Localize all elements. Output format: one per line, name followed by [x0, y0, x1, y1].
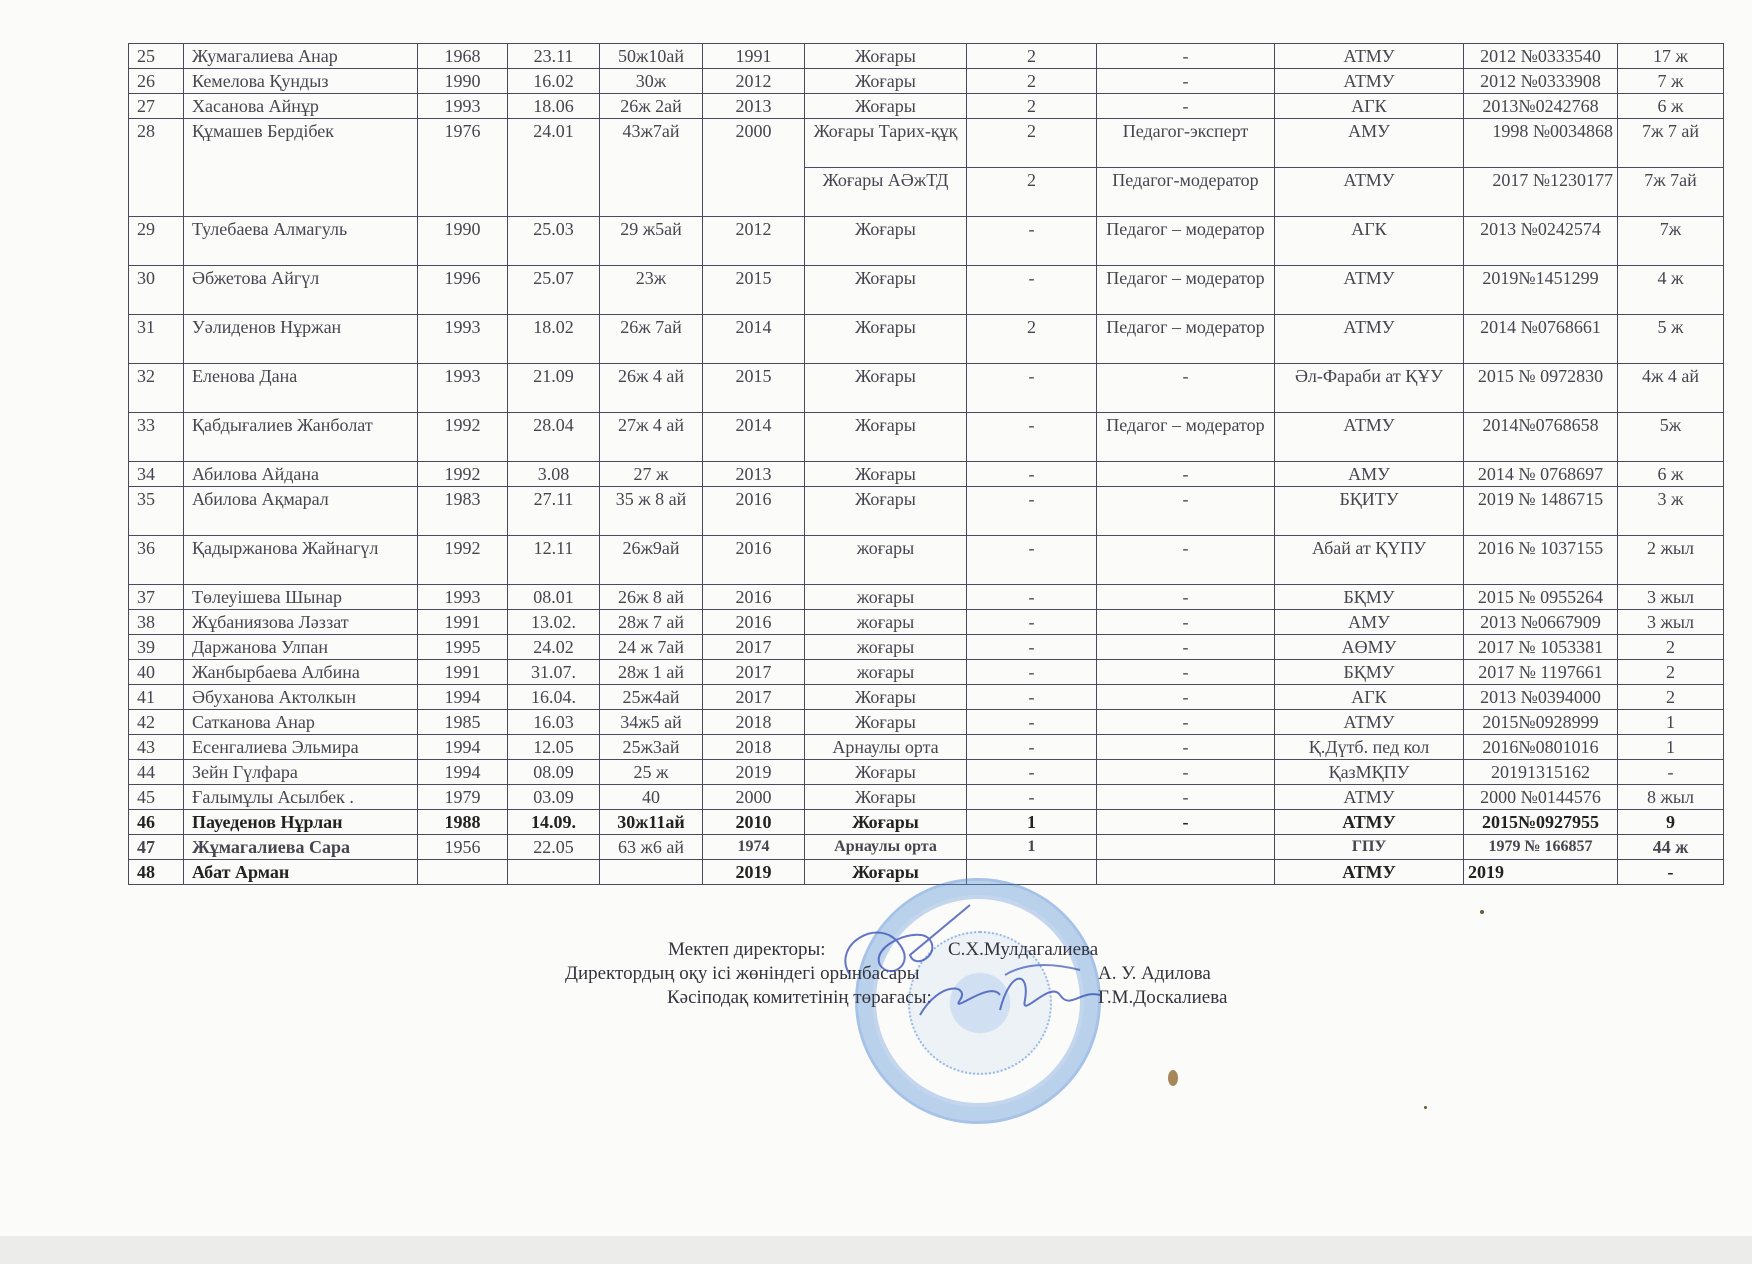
staff-name: Қадыржанова Жайнагүл: [184, 536, 418, 585]
graduation-year: 2014: [703, 413, 805, 462]
staff-name: Кемелова Қундыз: [184, 69, 418, 94]
birth-year: 1993: [418, 315, 508, 364]
table-row: 36Қадыржанова Жайнагүл199212.1126ж9ай201…: [129, 536, 1724, 585]
category: -: [967, 487, 1097, 536]
scan-speck: [1424, 1106, 1427, 1109]
education: жоғары: [805, 610, 967, 635]
graduation-year: 2019: [703, 860, 805, 885]
diploma-number: 2015№0928999: [1464, 710, 1618, 735]
qualification: -: [1097, 810, 1275, 835]
row-number: 43: [129, 735, 184, 760]
staff-name: Жұбаниязова Ләззат: [184, 610, 418, 635]
institution: АГК: [1275, 685, 1464, 710]
category: -: [967, 760, 1097, 785]
education: Жоғары: [805, 315, 967, 364]
birth-year: 1983: [418, 487, 508, 536]
birth-year: 1996: [418, 266, 508, 315]
staff-name: Тулебаева Алмагуль: [184, 217, 418, 266]
category: -: [967, 462, 1097, 487]
staff-name: Абилова Айдана: [184, 462, 418, 487]
birth-date: 16.03: [508, 710, 600, 735]
institution: Әл-Фараби ат ҚҰУ: [1275, 364, 1464, 413]
birth-year: 1968: [418, 44, 508, 69]
diploma-number: 2015 № 0955264: [1464, 585, 1618, 610]
education: Жоғары: [805, 710, 967, 735]
institution: АГК: [1275, 94, 1464, 119]
birth-date: 16.04.: [508, 685, 600, 710]
education: Жоғары: [805, 69, 967, 94]
diploma-number: 2014№0768658: [1464, 413, 1618, 462]
birth-year: 1985: [418, 710, 508, 735]
qualification: Педагог-модератор: [1097, 168, 1275, 217]
graduation-year: 2017: [703, 635, 805, 660]
row-number: 38: [129, 610, 184, 635]
birth-year: 1992: [418, 536, 508, 585]
graduation-year: 2012: [703, 69, 805, 94]
qualification: -: [1097, 536, 1275, 585]
age: 40: [600, 785, 703, 810]
graduation-year: 1974: [703, 835, 805, 860]
institution: АТМУ: [1275, 710, 1464, 735]
birth-date: 16.02: [508, 69, 600, 94]
scan-margin: [0, 1236, 1752, 1264]
director-label: Мектеп директоры:: [668, 938, 826, 962]
graduation-year: 2000: [703, 785, 805, 810]
birth-date: 24.01: [508, 119, 600, 217]
birth-date: 14.09.: [508, 810, 600, 835]
category: -: [967, 364, 1097, 413]
table-row: 43Есенгалиева Эльмира199412.0525ж3ай2018…: [129, 735, 1724, 760]
category: -: [967, 785, 1097, 810]
birth-year: 1993: [418, 94, 508, 119]
age: 25ж3ай: [600, 735, 703, 760]
graduation-year: 2018: [703, 735, 805, 760]
table-row: 38 Жұбаниязова Ләззат199113.02.28ж 7 ай2…: [129, 610, 1724, 635]
staff-name: Даржанова Улпан: [184, 635, 418, 660]
institution: АТМУ: [1275, 69, 1464, 94]
birth-date: 28.04: [508, 413, 600, 462]
work-experience: 6 ж: [1618, 462, 1724, 487]
table-row: 27Хасанова Айнұр199318.0626ж 2ай2013Жоға…: [129, 94, 1724, 119]
work-experience: 44 ж: [1618, 835, 1724, 860]
age: 27ж 4 ай: [600, 413, 703, 462]
row-number: 34: [129, 462, 184, 487]
work-experience: 7 ж: [1618, 69, 1724, 94]
diploma-number: 2012 №0333540: [1464, 44, 1618, 69]
category: 2: [967, 44, 1097, 69]
institution: Абай ат ҚҮПУ: [1275, 536, 1464, 585]
birth-year: 1979: [418, 785, 508, 810]
education: жоғары: [805, 635, 967, 660]
education: Жоғары: [805, 266, 967, 315]
table-row: 30Әбжетова Айгүл199625.0723ж2015Жоғары-П…: [129, 266, 1724, 315]
education: Арнаулы орта: [805, 835, 967, 860]
birth-year: 1976: [418, 119, 508, 217]
birth-date: 25.07: [508, 266, 600, 315]
qualification: -: [1097, 610, 1275, 635]
row-number: 25: [129, 44, 184, 69]
birth-year: 1992: [418, 462, 508, 487]
graduation-year: 2000: [703, 119, 805, 217]
graduation-year: 2013: [703, 462, 805, 487]
table-row: 32Еленова Дана199321.0926ж 4 ай2015Жоғар…: [129, 364, 1724, 413]
union-name: Г.М.Доскалиева: [1098, 986, 1227, 1010]
age: 28ж 7 ай: [600, 610, 703, 635]
birth-year: 1993: [418, 585, 508, 610]
row-number: 28: [129, 119, 184, 217]
age: 43ж7ай: [600, 119, 703, 217]
scan-speck: [1168, 1070, 1178, 1086]
row-number: 35: [129, 487, 184, 536]
qualification: -: [1097, 735, 1275, 760]
graduation-year: 2015: [703, 266, 805, 315]
education: Арнаулы орта: [805, 735, 967, 760]
staff-name: Әбуханова Актолкын: [184, 685, 418, 710]
age: 50ж10ай: [600, 44, 703, 69]
graduation-year: 2018: [703, 710, 805, 735]
staff-name: Төлеуішева Шынар: [184, 585, 418, 610]
staff-name: Құмашев Бердібек: [184, 119, 418, 217]
row-number: 30: [129, 266, 184, 315]
institution: АМУ: [1275, 119, 1464, 168]
work-experience: 1: [1618, 710, 1724, 735]
education: Жоғары: [805, 94, 967, 119]
birth-date: 31.07.: [508, 660, 600, 685]
work-experience: 2: [1618, 685, 1724, 710]
row-number: 41: [129, 685, 184, 710]
row-number: 46: [129, 810, 184, 835]
diploma-number: 20191315162: [1464, 760, 1618, 785]
institution: Қ.Дүтб. пед кол: [1275, 735, 1464, 760]
union-label: Кәсіподақ комитетінің төрағасы:: [667, 986, 932, 1010]
graduation-year: 2014: [703, 315, 805, 364]
qualification: -: [1097, 69, 1275, 94]
table-row: 41Әбуханова Актолкын199416.04.25ж4ай2017…: [129, 685, 1724, 710]
work-experience: 2: [1618, 635, 1724, 660]
birth-year: 1993: [418, 364, 508, 413]
graduation-year: 2017: [703, 660, 805, 685]
age: 34ж5 ай: [600, 710, 703, 735]
table-row: 39Даржанова Улпан199524.0224 ж 7ай2017жо…: [129, 635, 1724, 660]
work-experience: -: [1618, 760, 1724, 785]
birth-date: 12.11: [508, 536, 600, 585]
age: 25 ж: [600, 760, 703, 785]
qualification: Педагог – модератор: [1097, 266, 1275, 315]
education: Жоғары Тарих-құқ: [805, 119, 967, 168]
row-number: 32: [129, 364, 184, 413]
work-experience: 7ж 7ай: [1618, 168, 1724, 217]
work-experience: 7ж 7 ай: [1618, 119, 1724, 168]
work-experience: 7ж: [1618, 217, 1724, 266]
category: 2: [967, 94, 1097, 119]
staff-name: Ғалымұлы Асылбек .: [184, 785, 418, 810]
category: -: [967, 635, 1097, 660]
birth-year: 1994: [418, 735, 508, 760]
institution: БҚМУ: [1275, 660, 1464, 685]
birth-year: 1988: [418, 810, 508, 835]
staff-name: Хасанова Айнұр: [184, 94, 418, 119]
birth-date: 27.11: [508, 487, 600, 536]
birth-year: 1956: [418, 835, 508, 860]
diploma-number: 2017 №1230177: [1464, 168, 1618, 217]
row-number: 33: [129, 413, 184, 462]
category: 2: [967, 315, 1097, 364]
qualification: -: [1097, 635, 1275, 660]
table-row: 35Абилова Ақмарал198327.1135 ж 8 ай2016Ж…: [129, 487, 1724, 536]
qualification: Педагог – модератор: [1097, 413, 1275, 462]
education: Жоғары: [805, 217, 967, 266]
diploma-number: 1998 №0034868: [1464, 119, 1618, 168]
table-row: 48Абат Арман2019ЖоғарыАТМУ2019-: [129, 860, 1724, 885]
graduation-year: 2013: [703, 94, 805, 119]
institution: АТМУ: [1275, 413, 1464, 462]
row-number: 47: [129, 835, 184, 860]
graduation-year: 1991: [703, 44, 805, 69]
row-number: 40: [129, 660, 184, 685]
birth-date: 03.09: [508, 785, 600, 810]
institution: АТМУ: [1275, 810, 1464, 835]
graduation-year: 2016: [703, 487, 805, 536]
qualification: -: [1097, 760, 1275, 785]
diploma-number: 2013№0242768: [1464, 94, 1618, 119]
staff-name: Жумагалиева Анар: [184, 44, 418, 69]
work-experience: 9: [1618, 810, 1724, 835]
education: Жоғары: [805, 487, 967, 536]
birth-date: 24.02: [508, 635, 600, 660]
diploma-number: 2019№1451299: [1464, 266, 1618, 315]
education: жоғары: [805, 536, 967, 585]
age: [600, 860, 703, 885]
education: Жоғары: [805, 44, 967, 69]
work-experience: -: [1618, 860, 1724, 885]
institution: АГК: [1275, 217, 1464, 266]
birth-date: 12.05: [508, 735, 600, 760]
table-row: 40Жанбырбаева Албина199131.07.28ж 1 ай20…: [129, 660, 1724, 685]
birth-date: 08.09: [508, 760, 600, 785]
deputy-name: А. У. Адилова: [1098, 962, 1211, 986]
staff-name: Жанбырбаева Албина: [184, 660, 418, 685]
row-number: 39: [129, 635, 184, 660]
birth-year: 1990: [418, 217, 508, 266]
age: 26ж 2ай: [600, 94, 703, 119]
work-experience: 3 ж: [1618, 487, 1724, 536]
row-number: 29: [129, 217, 184, 266]
institution: БҚИТУ: [1275, 487, 1464, 536]
diploma-number: 2016№0801016: [1464, 735, 1618, 760]
birth-date: 21.09: [508, 364, 600, 413]
category: -: [967, 610, 1097, 635]
graduation-year: 2016: [703, 585, 805, 610]
birth-year: 1994: [418, 760, 508, 785]
table-row: 26Кемелова Қундыз199016.0230ж2012Жоғары2…: [129, 69, 1724, 94]
birth-year: [418, 860, 508, 885]
category: -: [967, 710, 1097, 735]
institution: ҚазМҚПУ: [1275, 760, 1464, 785]
institution: АТМУ: [1275, 785, 1464, 810]
category: -: [967, 585, 1097, 610]
qualification: [1097, 835, 1275, 860]
staff-name: Жұмагалиева Сара: [184, 835, 418, 860]
staff-name: Сатканова Анар: [184, 710, 418, 735]
qualification: -: [1097, 44, 1275, 69]
age: 35 ж 8 ай: [600, 487, 703, 536]
category: -: [967, 660, 1097, 685]
age: 30ж: [600, 69, 703, 94]
work-experience: 3 жыл: [1618, 610, 1724, 635]
row-number: 26: [129, 69, 184, 94]
diploma-number: 2013 №0242574: [1464, 217, 1618, 266]
institution: АМУ: [1275, 462, 1464, 487]
age: 30ж11ай: [600, 810, 703, 835]
education: Жоғары: [805, 860, 967, 885]
director-name: С.Х.Мулдагалиева: [948, 938, 1098, 962]
diploma-number: 2015№0927955: [1464, 810, 1618, 835]
qualification: -: [1097, 785, 1275, 810]
work-experience: 8 жыл: [1618, 785, 1724, 810]
age: 26ж9ай: [600, 536, 703, 585]
qualification: -: [1097, 94, 1275, 119]
graduation-year: 2010: [703, 810, 805, 835]
staff-name: Пауеденов Нұрлан: [184, 810, 418, 835]
table-row: 31Уәлиденов Нұржан199318.0226ж 7ай2014Жо…: [129, 315, 1724, 364]
row-number: 42: [129, 710, 184, 735]
birth-year: 1994: [418, 685, 508, 710]
table-row: 28Құмашев Бердібек197624.0143ж7ай2000Жоғ…: [129, 119, 1724, 168]
qualification: Педагог-эксперт: [1097, 119, 1275, 168]
education: жоғары: [805, 585, 967, 610]
age: 28ж 1 ай: [600, 660, 703, 685]
institution: БҚМУ: [1275, 585, 1464, 610]
education: Жоғары: [805, 413, 967, 462]
table-row: 25Жумагалиева Анар196823.1150ж10ай1991Жо…: [129, 44, 1724, 69]
education: Жоғары АӘжТД: [805, 168, 967, 217]
institution: АТМУ: [1275, 44, 1464, 69]
deputy-label: Директордың оқу ісі жөніндегі орынбасары: [565, 962, 919, 986]
table-row: 46Пауеденов Нұрлан198814.09.30ж11ай2010Ж…: [129, 810, 1724, 835]
category: 1: [967, 810, 1097, 835]
qualification: -: [1097, 710, 1275, 735]
qualification: -: [1097, 487, 1275, 536]
staff-name: Есенгалиева Эльмира: [184, 735, 418, 760]
category: -: [967, 536, 1097, 585]
work-experience: 2 жыл: [1618, 536, 1724, 585]
age: 27 ж: [600, 462, 703, 487]
row-number: 27: [129, 94, 184, 119]
row-number: 36: [129, 536, 184, 585]
qualification: -: [1097, 462, 1275, 487]
diploma-number: 2014 №0768661: [1464, 315, 1618, 364]
institution: АМУ: [1275, 610, 1464, 635]
staff-name: Абилова Ақмарал: [184, 487, 418, 536]
birth-date: 3.08: [508, 462, 600, 487]
graduation-year: 2016: [703, 610, 805, 635]
graduation-year: 2012: [703, 217, 805, 266]
qualification: -: [1097, 685, 1275, 710]
institution: АТМУ: [1275, 266, 1464, 315]
work-experience: 2: [1618, 660, 1724, 685]
work-experience: 4ж 4 ай: [1618, 364, 1724, 413]
birth-year: 1992: [418, 413, 508, 462]
age: 63 ж6 ай: [600, 835, 703, 860]
category: -: [967, 413, 1097, 462]
qualification: -: [1097, 364, 1275, 413]
birth-year: 1995: [418, 635, 508, 660]
row-number: 31: [129, 315, 184, 364]
category: 2: [967, 168, 1097, 217]
diploma-number: 1979 № 166857: [1464, 835, 1618, 860]
qualification: Педагог – модератор: [1097, 315, 1275, 364]
scan-speck: [1480, 910, 1484, 914]
row-number: 45: [129, 785, 184, 810]
row-number: 37: [129, 585, 184, 610]
education: Жоғары: [805, 685, 967, 710]
staff-table: 25Жумагалиева Анар196823.1150ж10ай1991Жо…: [128, 43, 1724, 885]
category: 2: [967, 69, 1097, 94]
birth-date: 22.05: [508, 835, 600, 860]
diploma-number: 2016 № 1037155: [1464, 536, 1618, 585]
age: 25ж4ай: [600, 685, 703, 710]
diploma-number: 2000 №0144576: [1464, 785, 1618, 810]
diploma-number: 2017 № 1053381: [1464, 635, 1618, 660]
age: 26ж 4 ай: [600, 364, 703, 413]
diploma-number: 2014 № 0768697: [1464, 462, 1618, 487]
institution: АӨМУ: [1275, 635, 1464, 660]
education: Жоғары: [805, 785, 967, 810]
graduation-year: 2016: [703, 536, 805, 585]
work-experience: 17 ж: [1618, 44, 1724, 69]
diploma-number: 2013 №0667909: [1464, 610, 1618, 635]
table-row: 34Абилова Айдана19923.0827 ж2013Жоғары--…: [129, 462, 1724, 487]
qualification: Педагог – модератор: [1097, 217, 1275, 266]
staff-table-body: 25Жумагалиева Анар196823.1150ж10ай1991Жо…: [129, 44, 1724, 885]
staff-name: Абат Арман: [184, 860, 418, 885]
age: 23ж: [600, 266, 703, 315]
category: -: [967, 735, 1097, 760]
age: 26ж 8 ай: [600, 585, 703, 610]
staff-name: Уәлиденов Нұржан: [184, 315, 418, 364]
work-experience: 3 жыл: [1618, 585, 1724, 610]
qualification: -: [1097, 660, 1275, 685]
category: -: [967, 217, 1097, 266]
birth-date: 18.06: [508, 94, 600, 119]
institution: АТМУ: [1275, 315, 1464, 364]
education: Жоғары: [805, 810, 967, 835]
diploma-number: 2019: [1464, 860, 1618, 885]
birth-date: [508, 860, 600, 885]
birth-year: 1991: [418, 610, 508, 635]
table-row: 33Қабдығалиев Жанболат199228.0427ж 4 ай2…: [129, 413, 1724, 462]
table-row: 37Төлеуішева Шынар199308.0126ж 8 ай2016ж…: [129, 585, 1724, 610]
category: -: [967, 685, 1097, 710]
age: 29 ж5ай: [600, 217, 703, 266]
birth-date: 25.03: [508, 217, 600, 266]
table-row: 29Тулебаева Алмагуль199025.0329 ж5ай2012…: [129, 217, 1724, 266]
diploma-number: 2017 № 1197661: [1464, 660, 1618, 685]
row-number: 44: [129, 760, 184, 785]
diploma-number: 2013 №0394000: [1464, 685, 1618, 710]
row-number: 48: [129, 860, 184, 885]
diploma-number: 2015 № 0972830: [1464, 364, 1618, 413]
work-experience: 6 ж: [1618, 94, 1724, 119]
education: Жоғары: [805, 364, 967, 413]
work-experience: 5ж: [1618, 413, 1724, 462]
institution: ГПУ: [1275, 835, 1464, 860]
diploma-number: 2019 № 1486715: [1464, 487, 1618, 536]
graduation-year: 2019: [703, 760, 805, 785]
education: Жоғары: [805, 760, 967, 785]
birth-year: 1990: [418, 69, 508, 94]
graduation-year: 2015: [703, 364, 805, 413]
